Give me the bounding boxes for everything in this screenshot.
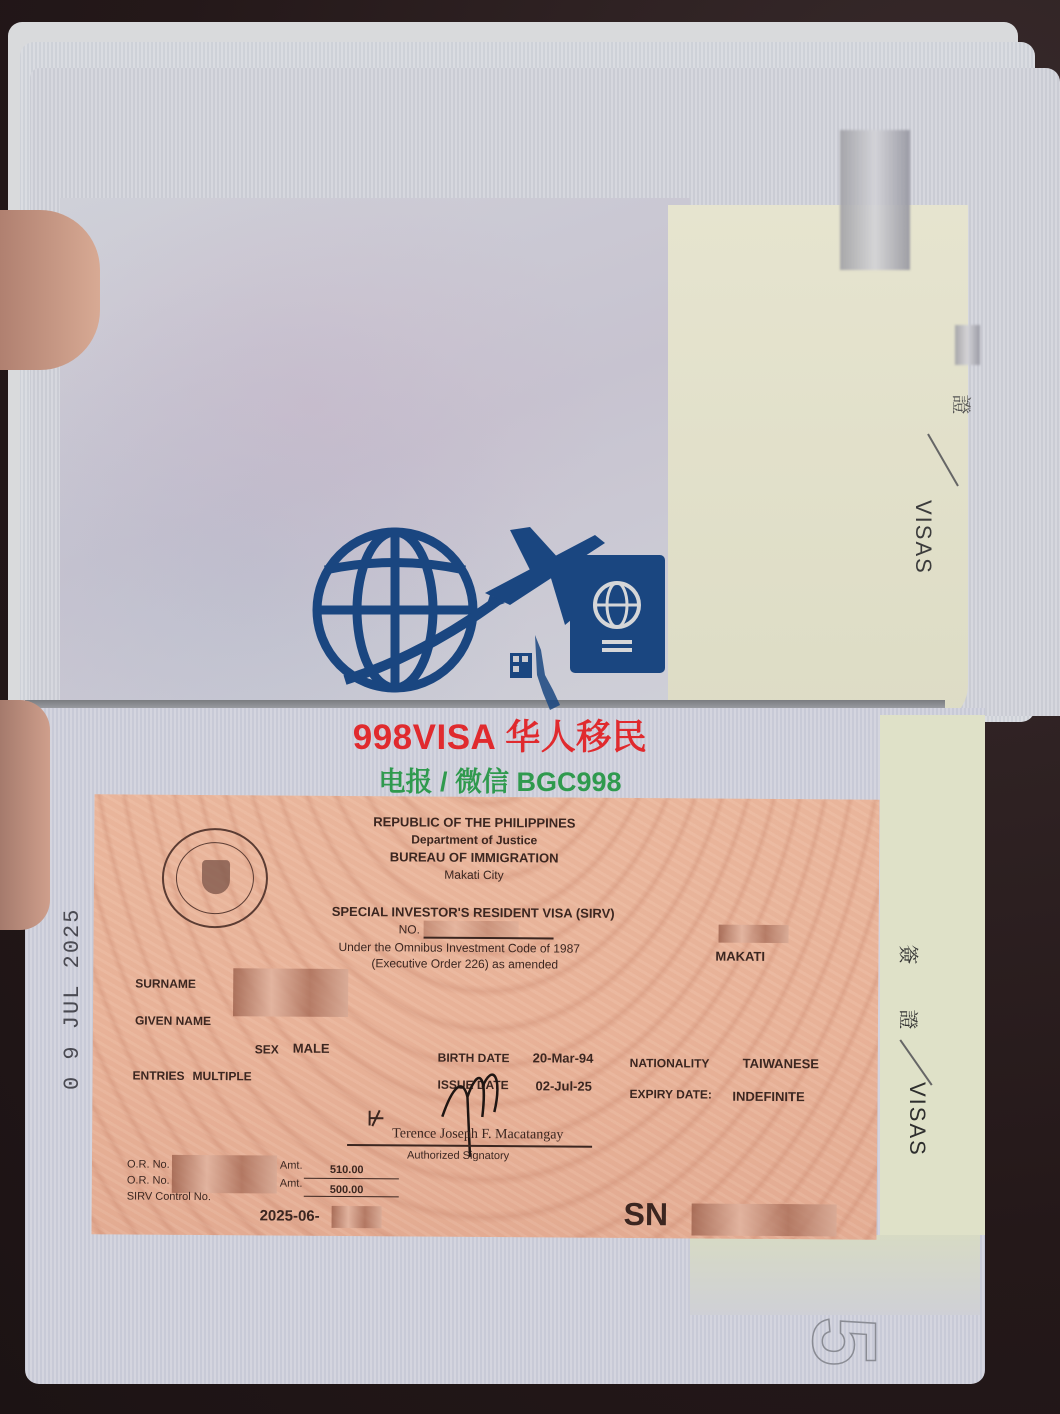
legal-basis-line-2: (Executive Order 226) as amended: [371, 956, 558, 971]
redacted-control-number: [332, 1206, 382, 1228]
signatory-title: Authorized Signatory: [407, 1149, 509, 1162]
redacted-area: [955, 325, 980, 365]
visa-label-cn: 證: [949, 395, 978, 415]
sex-label: SEX: [255, 1042, 279, 1056]
amount-value-1: 510.00: [330, 1164, 364, 1176]
given-name-label: GIVEN NAME: [135, 1014, 211, 1029]
redacted-area: [840, 130, 910, 270]
nationality-value: TAIWANESE: [743, 1056, 819, 1072]
visa-label-en: VISAS: [910, 500, 936, 575]
expiry-date-value: INDEFINITE: [732, 1089, 804, 1105]
header-country: REPUBLIC OF THE PHILIPPINES: [274, 814, 674, 832]
or-number-label-1: O.R. No.: [127, 1159, 170, 1171]
amount-label-1: Amt.: [280, 1160, 303, 1172]
redacted-name: [233, 968, 348, 1017]
legal-basis-line-1: Under the Omnibus Investment Code of 198…: [338, 940, 580, 956]
surname-label: SURNAME: [135, 977, 196, 991]
expiry-date-label: EXPIRY DATE:: [629, 1087, 712, 1102]
lower-visa-panel-bottom: [690, 1235, 980, 1315]
entries-label: ENTRIES: [133, 1069, 185, 1083]
seal-emblem-icon: [202, 860, 230, 894]
amount-underline-1: [304, 1178, 399, 1180]
serial-number-label: SN: [623, 1196, 668, 1233]
header-bureau: BUREAU OF IMMIGRATION: [274, 849, 674, 867]
upper-visa-panel: [668, 205, 968, 725]
passport-icon: [570, 555, 665, 673]
visa-type: SPECIAL INVESTOR'S RESIDENT VISA (SIRV): [332, 904, 615, 921]
finger-holding-passport: [0, 700, 50, 930]
header-city: Makati City: [274, 867, 674, 884]
header-department: Department of Justice: [274, 832, 674, 849]
qr-code-icon: [510, 653, 532, 678]
number-underline: [424, 937, 554, 939]
redacted-field: [719, 925, 789, 943]
amount-label-2: Amt.: [280, 1178, 303, 1190]
visa-number-label: NO.: [399, 922, 420, 936]
philippines-map-icon: [535, 635, 560, 710]
page-number-watermark: 5: [792, 1316, 895, 1366]
issue-date-value: 02-Jul-25: [535, 1078, 591, 1093]
signature-mark-icon: ⊬: [367, 1106, 385, 1131]
entries-value: MULTIPLE: [193, 1069, 252, 1083]
sirv-visa-sticker: REPUBLIC OF THE PHILIPPINES Department o…: [91, 794, 879, 1239]
control-number-label: SIRV Control No.: [127, 1190, 211, 1203]
or-number-label-2: O.R. No.: [127, 1175, 170, 1187]
birth-date-value: 20-Mar-94: [533, 1050, 594, 1065]
lower-visa-panel: [880, 715, 985, 1235]
brand-logo: [305, 515, 675, 715]
amount-value-2: 500.00: [330, 1184, 364, 1196]
redacted-or-numbers: [172, 1155, 277, 1194]
redacted-serial-number: [691, 1203, 836, 1236]
visa-label-cn-1: 簽: [896, 945, 925, 965]
signatory-name: Terence Joseph F. Macatangay: [392, 1126, 563, 1143]
amount-underline-2: [304, 1196, 399, 1198]
sex-value: MALE: [293, 1041, 330, 1056]
visa-label-cn-2: 證: [896, 1010, 925, 1030]
visa-label-en: VISAS: [904, 1082, 930, 1157]
nationality-label: NATIONALITY: [630, 1056, 710, 1071]
issuing-office: MAKATI: [715, 949, 765, 964]
entry-date-stamp: 0 9 JUL 2025: [60, 908, 85, 1090]
thumb-holding-passport: [0, 210, 100, 370]
brand-contact: 电报 / 微信 BGC998: [300, 760, 700, 799]
redacted-visa-number: [424, 921, 519, 938]
bureau-of-immigration-seal: [162, 828, 269, 929]
brand-title: 998VISA 华人移民: [300, 710, 700, 760]
control-number-value: 2025-06-: [260, 1207, 320, 1224]
